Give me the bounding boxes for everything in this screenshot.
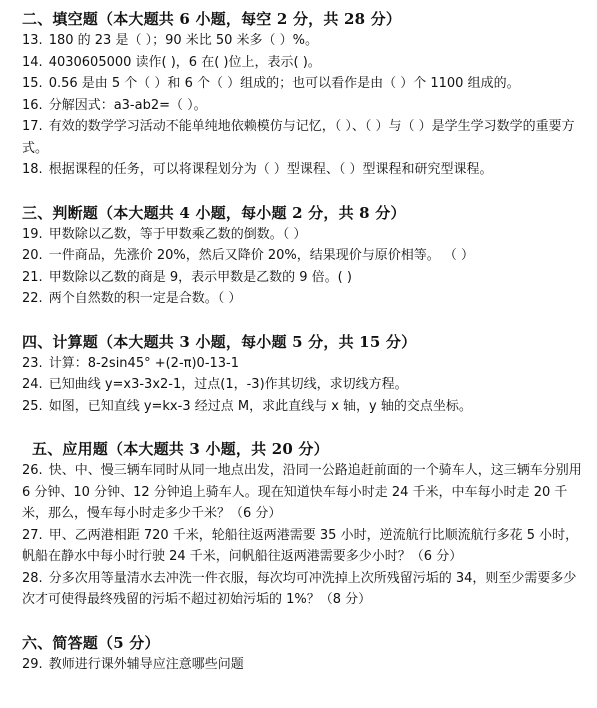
question-number: 16. [22, 98, 43, 113]
question-text: 教师进行课外辅导应注意哪些问题 [49, 657, 244, 672]
question-text: 4030605000 读作( )，6 在( )位上，表示( )。 [49, 55, 321, 70]
question-number: 25. [22, 399, 43, 414]
question-number: 21. [22, 270, 43, 285]
question-text: 两个自然数的积一定是合数。（ ） [49, 291, 242, 306]
question-number: 19. [22, 227, 43, 242]
spacer [22, 611, 587, 632]
question-16: 16.分解因式：a3-ab2=（ ）。 [22, 95, 587, 117]
question-text: 0.56 是由 5 个（ ）和 6 个（ ）组成的；也可以看作是由（ ）个 11… [49, 76, 520, 91]
spacer [22, 310, 587, 331]
question-text: 180 的 23 是（ ）；90 米比 50 米多（ ）%。 [49, 33, 318, 48]
question-number: 26. [22, 463, 43, 478]
question-22: 22.两个自然数的积一定是合数。（ ） [22, 288, 587, 310]
question-text: 分多次用等量清水去冲洗一件衣服，每次均可冲洗掉上次所残留污垢的 34，则至少需要… [22, 571, 576, 608]
question-number: 29. [22, 657, 43, 672]
question-text: 一件商品，先涨价 20%，然后又降价 20%，结果现价与原价相等。 （ ） [49, 248, 474, 263]
question-number: 13. [22, 33, 43, 48]
question-24: 24.已知曲线 y=x3-3x2-1，过点(1，-3)作其切线，求切线方程。 [22, 374, 587, 396]
question-number: 18. [22, 162, 43, 177]
question-text: 分解因式：a3-ab2=（ ）。 [49, 98, 207, 113]
section-heading: 三、判断题（本大题共 4 小题，每小题 2 分，共 8 分） [22, 202, 587, 224]
question-23: 23.计算：8-2sin45° +(2-π)0-13-1 [22, 353, 587, 375]
question-text: 甲数除以乙数，等于甲数乘乙数的倒数。（ ） [49, 227, 307, 242]
section-heading: 五、应用题（本大题共 3 小题，共 20 分） [22, 438, 587, 460]
question-text: 计算：8-2sin45° +(2-π)0-13-1 [49, 356, 239, 371]
question-number: 17. [22, 119, 43, 134]
section-true-false: 三、判断题（本大题共 4 小题，每小题 2 分，共 8 分） 19.甲数除以乙数… [22, 202, 587, 310]
question-21: 21.甲数除以乙数的商是 9，表示甲数是乙数的 9 倍。( ) [22, 267, 587, 289]
question-13: 13.180 的 23 是（ ）；90 米比 50 米多（ ）%。 [22, 30, 587, 52]
question-29: 29.教师进行课外辅导应注意哪些问题 [22, 654, 587, 676]
question-text: 有效的数学学习活动不能单纯地依赖模仿与记忆，（ ）、（ ）与（ ）是学生学习数学… [22, 119, 575, 156]
section-fill-in-blank: 二、填空题（本大题共 6 小题，每空 2 分，共 28 分） 13.180 的 … [22, 8, 587, 181]
question-number: 20. [22, 248, 43, 263]
question-26: 26.快、中、慢三辆车同时从同一地点出发，沿同一公路追赶前面的一个骑车人，这三辆… [22, 460, 587, 525]
question-27: 27.甲、乙两港相距 720 千米，轮船往返两港需要 35 小时，逆流航行比顺流… [22, 525, 587, 568]
question-20: 20.一件商品，先涨价 20%，然后又降价 20%，结果现价与原价相等。 （ ） [22, 245, 587, 267]
question-15: 15.0.56 是由 5 个（ ）和 6 个（ ）组成的；也可以看作是由（ ）个… [22, 73, 587, 95]
question-25: 25.如图，已知直线 y=kx-3 经过点 M，求此直线与 x 轴，y 轴的交点… [22, 396, 587, 418]
question-number: 15. [22, 76, 43, 91]
section-heading: 二、填空题（本大题共 6 小题，每空 2 分，共 28 分） [22, 8, 587, 30]
question-text: 根据课程的任务，可以将课程划分为（ ）型课程、（ ）型课程和研究型课程。 [49, 162, 493, 177]
question-text: 甲数除以乙数的商是 9，表示甲数是乙数的 9 倍。( ) [49, 270, 352, 285]
spacer [22, 181, 587, 202]
section-application: 五、应用题（本大题共 3 小题，共 20 分） 26.快、中、慢三辆车同时从同一… [22, 438, 587, 611]
section-heading: 四、计算题（本大题共 3 小题，每小题 5 分，共 15 分） [22, 331, 587, 353]
section-heading: 六、简答题（5 分） [22, 632, 587, 654]
question-28: 28.分多次用等量清水去冲洗一件衣服，每次均可冲洗掉上次所残留污垢的 34，则至… [22, 568, 587, 611]
question-text: 快、中、慢三辆车同时从同一地点出发，沿同一公路追赶前面的一个骑车人，这三辆车分别… [22, 463, 582, 521]
question-text: 如图，已知直线 y=kx-3 经过点 M，求此直线与 x 轴，y 轴的交点坐标。 [49, 399, 472, 414]
question-19: 19.甲数除以乙数，等于甲数乘乙数的倒数。（ ） [22, 224, 587, 246]
question-number: 14. [22, 55, 43, 70]
question-number: 22. [22, 291, 43, 306]
question-number: 24. [22, 377, 43, 392]
section-calculation: 四、计算题（本大题共 3 小题，每小题 5 分，共 15 分） 23.计算：8-… [22, 331, 587, 418]
question-text: 已知曲线 y=x3-3x2-1，过点(1，-3)作其切线，求切线方程。 [49, 377, 408, 392]
question-number: 27. [22, 528, 43, 543]
spacer [22, 417, 587, 438]
question-number: 23. [22, 356, 43, 371]
question-text: 甲、乙两港相距 720 千米，轮船往返两港需要 35 小时，逆流航行比顺流航行多… [22, 528, 578, 565]
question-17: 17.有效的数学学习活动不能单纯地依赖模仿与记忆，（ ）、（ ）与（ ）是学生学… [22, 116, 587, 159]
exam-document: 二、填空题（本大题共 6 小题，每空 2 分，共 28 分） 13.180 的 … [22, 8, 587, 675]
question-18: 18.根据课程的任务，可以将课程划分为（ ）型课程、（ ）型课程和研究型课程。 [22, 159, 587, 181]
question-number: 28. [22, 571, 43, 586]
section-short-answer: 六、简答题（5 分） 29.教师进行课外辅导应注意哪些问题 [22, 632, 587, 676]
question-14: 14.4030605000 读作( )，6 在( )位上，表示( )。 [22, 52, 587, 74]
